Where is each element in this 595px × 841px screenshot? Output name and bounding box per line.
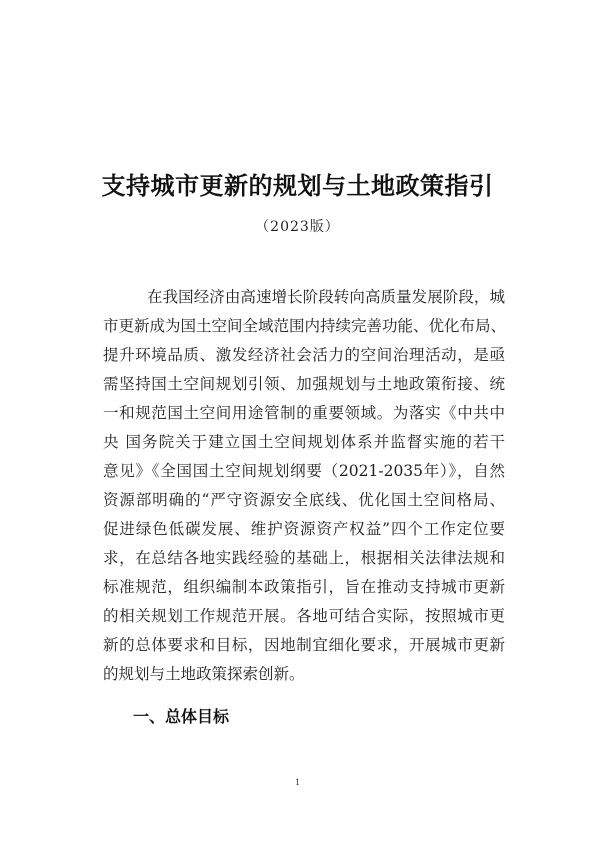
paragraph-line: 标准规范，组织编制本政策指引，旨在推动支持城市更新 <box>103 573 505 602</box>
paragraph-line: 求，在总结各地实践经验的基础上，根据相关法律法规和 <box>103 544 505 573</box>
paragraph-line: 央 国务院关于建立国土空间规划体系并监督实施的若干 <box>103 428 505 457</box>
document-page: 支持城市更新的规划与土地政策指引 （2023版） 在我国经济由高速增长阶段转向高… <box>0 0 595 841</box>
paragraph-line: 在我国经济由高速增长阶段转向高质量发展阶段，城 <box>103 283 505 312</box>
section-heading: 一、总体目标 <box>133 704 229 730</box>
intro-paragraph: 在我国经济由高速增长阶段转向高质量发展阶段，城 市更新成为国土空间全域范围内持续… <box>103 283 505 689</box>
document-title: 支持城市更新的规划与土地政策指引 <box>0 168 595 204</box>
document-edition: （2023版） <box>0 216 595 238</box>
page-number: 1 <box>0 778 595 787</box>
paragraph-line: 提升环境品质、激发经济社会活力的空间治理活动，是亟 <box>103 341 505 370</box>
paragraph-line: 促进绿色低碳发展、维护资源资产权益”四个工作定位要 <box>103 515 505 544</box>
paragraph-line: 一和规范国土空间用途管制的重要领域。为落实《中共中 <box>103 399 505 428</box>
paragraph-line: 需坚持国土空间规划引领、加强规划与土地政策衔接、统 <box>103 370 505 399</box>
paragraph-line: 意见》《全国国土空间规划纲要（2021-2035年）》，自然 <box>103 457 505 486</box>
paragraph-line: 的规划与土地政策探索创新。 <box>103 660 505 689</box>
paragraph-line: 新的总体要求和目标，因地制宜细化要求，开展城市更新 <box>103 631 505 660</box>
paragraph-line: 资源部明确的“严守资源安全底线、优化国土空间格局、 <box>103 486 505 515</box>
paragraph-line: 的相关规划工作规范开展。各地可结合实际，按照城市更 <box>103 602 505 631</box>
paragraph-line: 市更新成为国土空间全域范围内持续完善功能、优化布局、 <box>103 312 505 341</box>
